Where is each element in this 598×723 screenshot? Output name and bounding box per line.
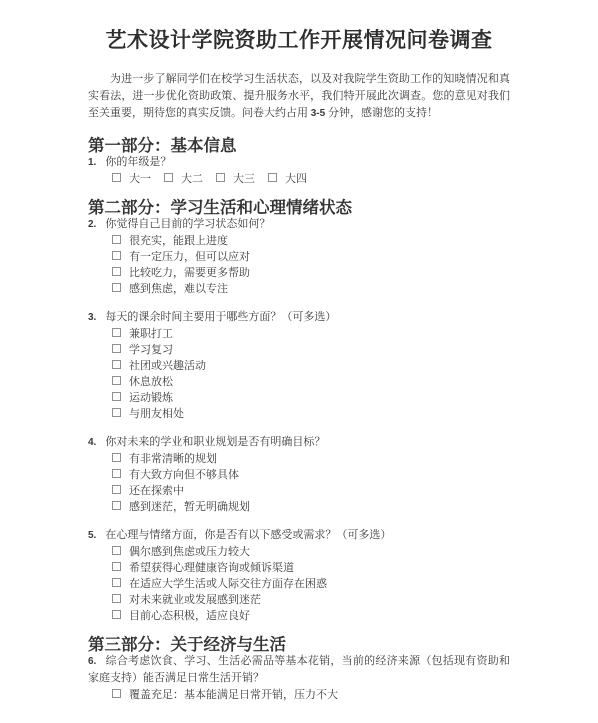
section-heading-3: 第三部分：关于经济与生活 [88,636,510,653]
question-4: 4.你对未来的学业和职业规划是否有明确目标？ 有非常清晰的规划 有大致方向但不够… [88,434,510,515]
checkbox-icon[interactable] [112,328,121,337]
options-list: 兼职打工 学习复习 社团或兴趣活动 休息放松 运动锻炼 与朋友相处 [88,326,510,422]
option-label: 目前心态积极，适应良好 [129,610,250,622]
checkbox-icon[interactable] [216,173,225,182]
option[interactable]: 很充实，能跟上进度 [112,233,510,249]
option[interactable]: 有非常清晰的规划 [112,451,510,467]
question-text: 你对未来的学业和职业规划是否有明确目标？ [105,436,325,448]
checkbox-icon[interactable] [112,392,121,401]
checkbox-icon[interactable] [112,173,121,182]
option-label: 还在探索中 [129,485,184,497]
intro-text-before: 为进一步了解同学们在校学习生活状态，以及对我院学生资助工作的知晓情况和真实看法，… [88,73,510,119]
option[interactable]: 还在探索中 [112,483,510,499]
option[interactable]: 兼职打工 [112,326,510,342]
option-label: 学习复习 [129,344,173,356]
question-5: 5.在心理与情绪方面，你是否有以下感受或需求？（可多选） 偶尔感到焦虑或压力较大… [88,527,510,624]
checkbox-icon[interactable] [112,235,121,244]
option-label: 感到焦虑，难以专注 [129,283,228,295]
option[interactable]: 运动锻炼 [112,390,510,406]
checkbox-icon[interactable] [112,578,121,587]
checkbox-icon[interactable] [268,173,277,182]
options-list: 覆盖充足：基本能满足日常开销，压力不大 [88,687,510,703]
option-label: 与朋友相处 [129,408,184,420]
option[interactable]: 偶尔感到焦虑或压力较大 [112,544,510,560]
option[interactable]: 社团或兴趣活动 [112,358,510,374]
intro-duration: 3-5 [311,108,325,119]
option[interactable]: 感到迷茫，暂无明确规划 [112,499,510,515]
option-label: 希望获得心理健康咨询或倾诉渠道 [129,562,294,574]
option[interactable]: 大三 [216,171,255,187]
section-heading-2: 第二部分：学习生活和心理情绪状态 [88,199,510,216]
option[interactable]: 希望获得心理健康咨询或倾诉渠道 [112,560,510,576]
option-label: 大一 [129,173,151,185]
option-label: 比较吃力，需要更多帮助 [129,267,250,279]
option-label: 大三 [233,173,255,185]
question-number: 3. [88,312,96,323]
option[interactable]: 休息放松 [112,374,510,390]
intro-paragraph: 为进一步了解同学们在校学习生活状态，以及对我院学生资助工作的知晓情况和真实看法，… [88,71,510,122]
option-label: 社团或兴趣活动 [129,360,206,372]
options-row: 大一 大二 大三 大四 [88,171,510,187]
options-list: 很充实，能跟上进度 有一定压力，但可以应对 比较吃力，需要更多帮助 感到焦虑，难… [88,233,510,297]
question-number: 5. [88,530,96,541]
option[interactable]: 学习复习 [112,342,510,358]
question-text: 在心理与情绪方面，你是否有以下感受或需求？（可多选） [105,529,391,541]
checkbox-icon[interactable] [112,376,121,385]
option-label: 偶尔感到焦虑或压力较大 [129,546,250,558]
question-text: 每天的课余时间主要用于哪些方面？（可多选） [105,311,336,323]
option-label: 运动锻炼 [129,392,173,404]
option[interactable]: 与朋友相处 [112,406,510,422]
question-text: 你觉得自己目前的学习状态如何？ [105,218,270,230]
document-title: 艺术设计学院资助工作开展情况问卷调查 [88,26,510,55]
checkbox-icon[interactable] [112,594,121,603]
option-label: 有非常清晰的规划 [129,453,217,465]
option-label: 大二 [181,173,203,185]
checkbox-icon[interactable] [112,610,121,619]
checkbox-icon[interactable] [112,689,121,698]
option-label: 很充实，能跟上进度 [129,235,228,247]
checkbox-icon[interactable] [112,562,121,571]
question-text: 综合考虑饮食、学习、生活必需品等基本花销，当前的经济来源（包括现有资助和家庭支持… [88,655,510,684]
option[interactable]: 比较吃力，需要更多帮助 [112,265,510,281]
option-label: 对未来就业或发展感到迷茫 [129,594,261,606]
question-number: 2. [88,219,96,230]
options-list: 有非常清晰的规划 有大致方向但不够具体 还在探索中 感到迷茫，暂无明确规划 [88,451,510,515]
checkbox-icon[interactable] [112,501,121,510]
option-label: 有一定压力，但可以应对 [129,251,250,263]
option[interactable]: 覆盖充足：基本能满足日常开销，压力不大 [112,687,510,703]
checkbox-icon[interactable] [112,408,121,417]
option[interactable]: 目前心态积极，适应良好 [112,608,510,624]
checkbox-icon[interactable] [112,283,121,292]
question-2: 2.你觉得自己目前的学习状态如何？ 很充实，能跟上进度 有一定压力，但可以应对 … [88,216,510,297]
option[interactable]: 大四 [268,171,307,187]
option[interactable]: 感到焦虑，难以专注 [112,281,510,297]
checkbox-icon[interactable] [112,267,121,276]
option-label: 有大致方向但不够具体 [129,469,239,481]
question-text: 你的年级是？ [105,156,171,168]
checkbox-icon[interactable] [112,485,121,494]
option[interactable]: 大二 [164,171,203,187]
question-number: 4. [88,437,96,448]
intro-text-after: 分钟，感谢您的支持！ [325,107,438,119]
option[interactable]: 对未来就业或发展感到迷茫 [112,592,510,608]
option[interactable]: 大一 [112,171,151,187]
checkbox-icon[interactable] [112,546,121,555]
checkbox-icon[interactable] [112,360,121,369]
option-label: 休息放松 [129,376,173,388]
section-heading-1: 第一部分：基本信息 [88,137,510,154]
question-6: 6.综合考虑饮食、学习、生活必需品等基本花销，当前的经济来源（包括现有资助和家庭… [88,653,510,703]
questionnaire-page: 艺术设计学院资助工作开展情况问卷调查 为进一步了解同学们在校学习生活状态，以及对… [0,0,598,723]
question-3: 3.每天的课余时间主要用于哪些方面？（可多选） 兼职打工 学习复习 社团或兴趣活… [88,309,510,422]
option-label: 大四 [285,173,307,185]
question-1: 1.你的年级是？ 大一 大二 大三 大四 [88,154,510,187]
checkbox-icon[interactable] [112,251,121,260]
option[interactable]: 有大致方向但不够具体 [112,467,510,483]
option-label: 兼职打工 [129,328,173,340]
checkbox-icon[interactable] [164,173,173,182]
option-label: 覆盖充足：基本能满足日常开销，压力不大 [129,689,338,701]
option[interactable]: 有一定压力，但可以应对 [112,249,510,265]
question-number: 6. [88,656,96,667]
option[interactable]: 在适应大学生活或人际交往方面存在困惑 [112,576,510,592]
checkbox-icon[interactable] [112,453,121,462]
question-number: 1. [88,157,96,168]
checkbox-icon[interactable] [112,469,121,478]
option-label: 感到迷茫，暂无明确规划 [129,501,250,513]
checkbox-icon[interactable] [112,344,121,353]
options-list: 偶尔感到焦虑或压力较大 希望获得心理健康咨询或倾诉渠道 在适应大学生活或人际交往… [88,544,510,624]
option-label: 在适应大学生活或人际交往方面存在困惑 [129,578,327,590]
